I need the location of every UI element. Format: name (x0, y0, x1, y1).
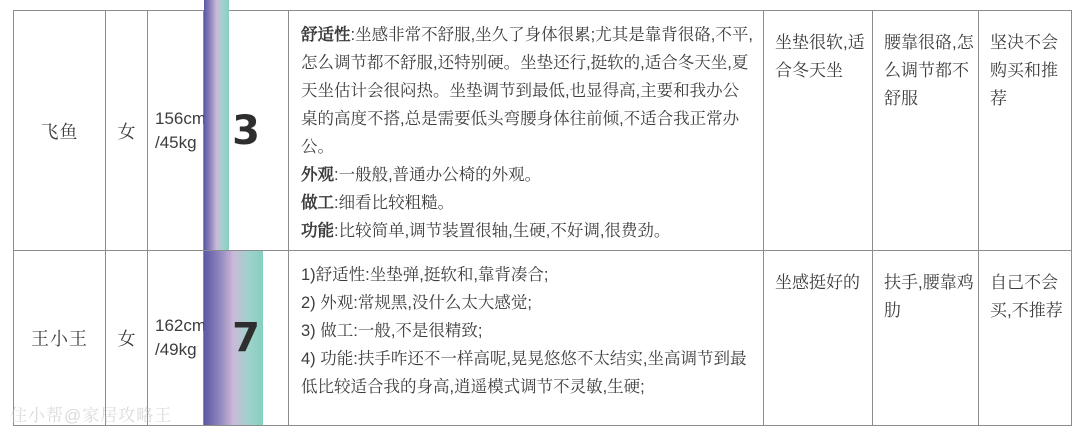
cell-detailed-review: 1)舒适性:坐垫弹,挺软和,靠背凑合; 2) 外观:常规黑,没什么太大感觉; 3… (289, 251, 764, 425)
review-paragraph: 2) 外观:常规黑,没什么太大感觉; (301, 289, 755, 317)
cell-height-weight: 156cm /45kg (148, 11, 204, 251)
cell-gender: 女 (106, 11, 148, 251)
cell-recommendation: 坚决不会购买和推荐 (979, 11, 1071, 251)
score-value: 7 (204, 251, 288, 425)
cell-gender: 女 (106, 251, 148, 425)
backrest-comment: 腰靠很硌,怎么调节都不舒服 (884, 33, 974, 108)
gender-value: 女 (118, 325, 136, 351)
cell-recommendation: 自己不会买,不推荐 (979, 251, 1071, 425)
cell-score: 7 (204, 251, 289, 425)
gender-value: 女 (118, 118, 136, 144)
review-aspect-text: 3) 做工:一般,不是很精致; (301, 322, 483, 340)
review-paragraph: 4) 功能:扶手咋还不一样高呢,晃晃悠悠不太结实,坐高调节到最低比较适合我的身高… (301, 345, 755, 401)
cushion-comment: 坐垫很软,适合冬天坐 (775, 33, 865, 80)
cell-backrest-comment: 扶手,腰靠鸡肋 (873, 251, 979, 425)
review-aspect-text: :一般般,普通办公椅的外观。 (334, 166, 541, 184)
review-paragraph: 舒适性:坐感非常不舒服,坐久了身体很累;尤其是靠背很硌,不平,怎么调节都不舒服,… (301, 21, 755, 161)
review-paragraph: 外观:一般般,普通办公椅的外观。 (301, 161, 755, 189)
review-aspect-text: :细看比较粗糙。 (334, 194, 454, 212)
review-aspect-text: 1)舒适性:坐垫弹,挺软和,靠背凑合; (301, 266, 549, 284)
weight-value: /49kg (155, 338, 203, 362)
reviewer-name: 飞鱼 (41, 118, 79, 144)
review-aspect-text: :坐感非常不舒服,坐久了身体很累;尤其是靠背很硌,不平,怎么调节都不舒服,还特别… (301, 26, 753, 156)
cushion-comment: 坐感挺好的 (775, 273, 860, 292)
score-value: 3 (204, 11, 288, 250)
weight-value: /45kg (155, 131, 203, 155)
review-table-page: 飞鱼 女 156cm /45kg 3 舒适性:坐感非常不舒服,坐久了身体很累;尤… (0, 0, 1080, 432)
review-aspect-label: 做工 (301, 194, 334, 212)
watermark: 住小帮@家居攻略王 (10, 401, 172, 426)
backrest-comment: 扶手,腰靠鸡肋 (884, 273, 974, 320)
review-aspect-text: 2) 外观:常规黑,没什么太大感觉; (301, 294, 532, 312)
cell-reviewer-name: 王小王 (14, 251, 106, 425)
review-paragraph: 功能:比较简单,调节装置很轴,生硬,不好调,很费劲。 (301, 217, 755, 245)
review-aspect-text: 4) 功能:扶手咋还不一样高呢,晃晃悠悠不太结实,坐高调节到最低比较适合我的身高… (301, 350, 747, 396)
recommendation-text: 坚决不会购买和推荐 (990, 33, 1058, 108)
review-paragraph: 3) 做工:一般,不是很精致; (301, 317, 755, 345)
recommendation-text: 自己不会买,不推荐 (990, 273, 1063, 320)
review-paragraph: 做工:细看比较粗糙。 (301, 189, 755, 217)
reviewer-comparison-table: 飞鱼 女 156cm /45kg 3 舒适性:坐感非常不舒服,坐久了身体很累;尤… (13, 10, 1072, 426)
cell-cushion-comment: 坐感挺好的 (764, 251, 873, 425)
cell-backrest-comment: 腰靠很硌,怎么调节都不舒服 (873, 11, 979, 251)
height-value: 162cm (155, 314, 203, 338)
cell-reviewer-name: 飞鱼 (14, 11, 106, 251)
review-aspect-label: 外观 (301, 166, 334, 184)
reviewer-name: 王小王 (31, 325, 88, 351)
cell-height-weight: 162cm /49kg (148, 251, 204, 425)
height-value: 156cm (155, 107, 203, 131)
review-paragraph: 1)舒适性:坐垫弹,挺软和,靠背凑合; (301, 261, 755, 289)
review-aspect-label: 功能 (301, 222, 334, 240)
review-aspect-text: :比较简单,调节装置很轴,生硬,不好调,很费劲。 (334, 222, 670, 240)
review-aspect-label: 舒适性 (301, 26, 351, 44)
cell-score: 3 (204, 11, 289, 251)
cell-cushion-comment: 坐垫很软,适合冬天坐 (764, 11, 873, 251)
cell-detailed-review: 舒适性:坐感非常不舒服,坐久了身体很累;尤其是靠背很硌,不平,怎么调节都不舒服,… (289, 11, 764, 251)
